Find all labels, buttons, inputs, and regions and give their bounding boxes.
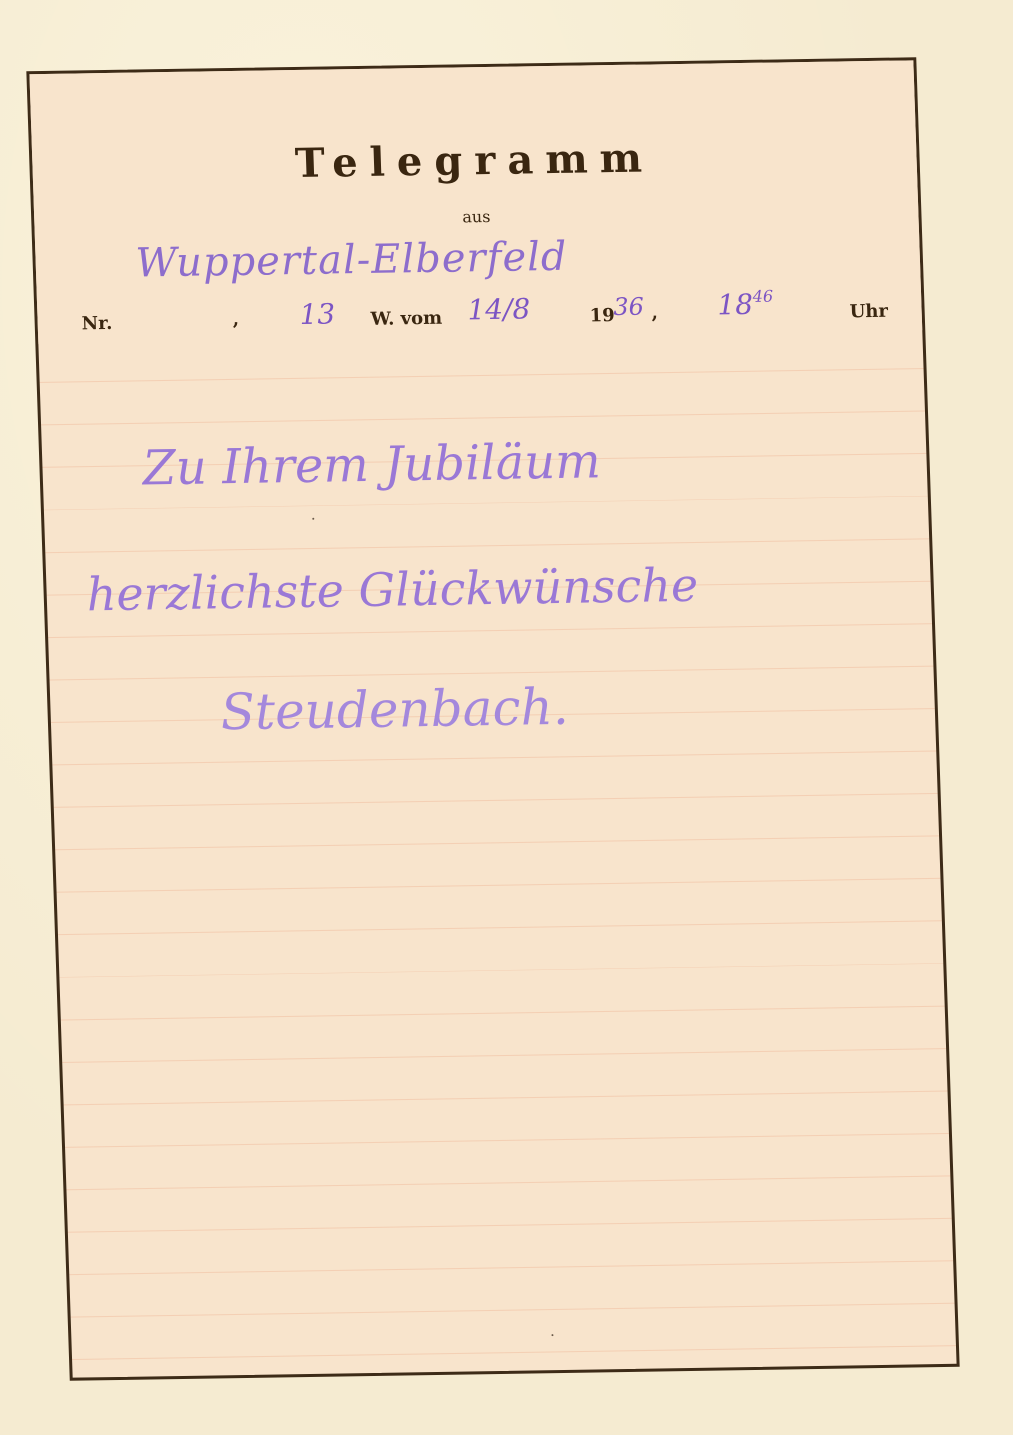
- date-handwritten: 14/8: [467, 292, 531, 326]
- telegram-form-frame: Telegramm aus Wuppertal-Elberfeld Nr. , …: [26, 57, 959, 1380]
- comma-separator-2: ,: [651, 302, 658, 323]
- time-hour: 18: [717, 288, 754, 322]
- comma-separator: ,: [232, 309, 239, 330]
- paper-speck: [312, 518, 314, 520]
- number-label: Nr.: [81, 313, 112, 334]
- origin-place-handwritten: Wuppertal-Elberfeld: [135, 234, 568, 287]
- message-signature: Steudenbach.: [220, 678, 570, 741]
- time-label: Uhr: [849, 301, 888, 323]
- message-line-2: herzlichste Glückwünsche: [86, 558, 699, 622]
- time-minute: 46: [752, 287, 773, 306]
- word-count-handwritten: 13: [299, 297, 336, 331]
- year-prefix: 19: [589, 305, 615, 326]
- year-suffix-handwritten: 36: [613, 293, 644, 321]
- message-line-1: Zu Ihrem Jubiläum: [142, 433, 602, 496]
- paper-sheet: Telegramm aus Wuppertal-Elberfeld Nr. , …: [0, 0, 1013, 1435]
- paper-speck: [551, 1334, 553, 1336]
- words-date-label: W. vom: [370, 308, 442, 330]
- time-handwritten: 1846: [717, 287, 774, 322]
